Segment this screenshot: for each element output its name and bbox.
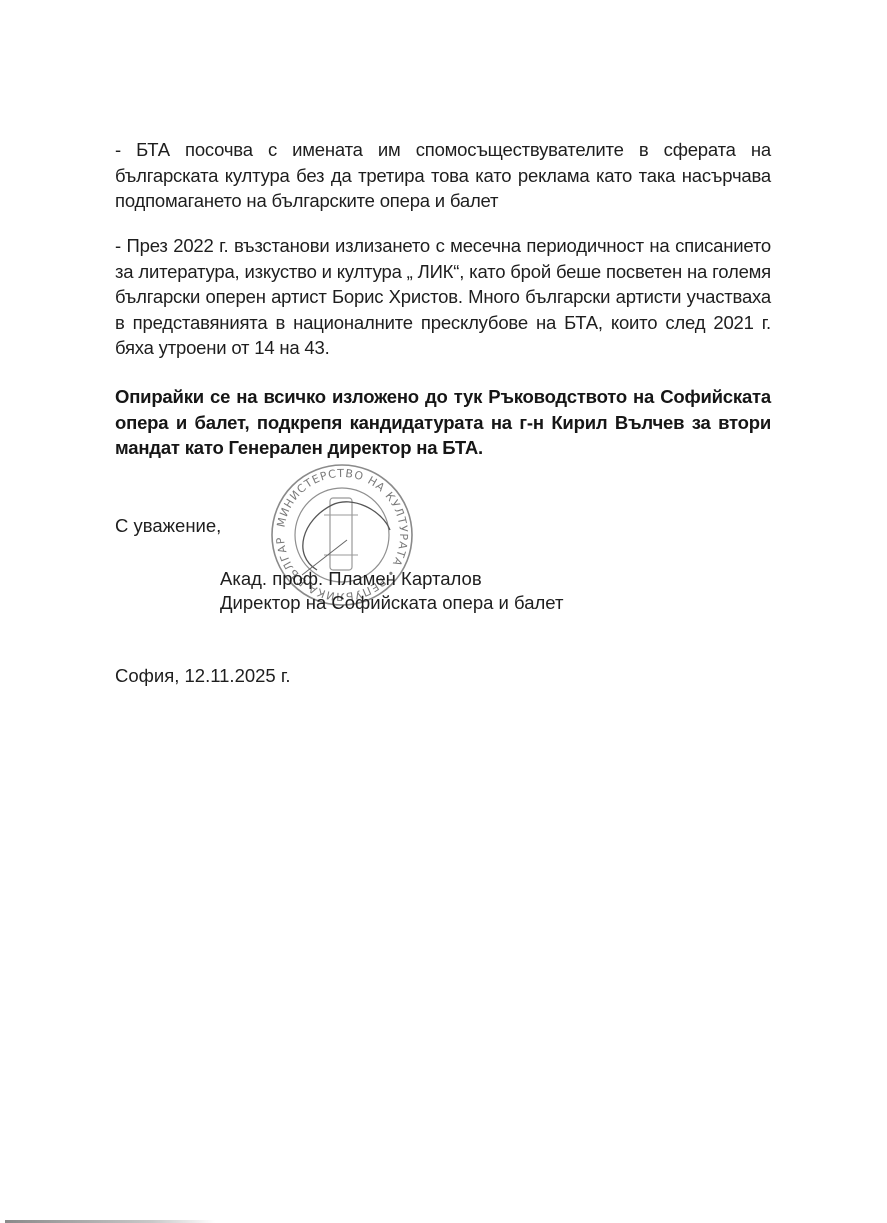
document-page: - БТА посочва с имената им спомосъществу… (0, 0, 887, 1223)
paragraph-bta-sponsors: - БТА посочва с имената им спомосъществу… (115, 137, 771, 214)
paragraph-lik-magazine: - През 2022 г. възстанови излизането с м… (115, 233, 771, 361)
paragraph-support-statement: Опирайки се на всичко изложено до тук Ръ… (115, 384, 771, 461)
date-line: София, 12.11.2025 г. (115, 663, 291, 688)
signer-name: Акад. проф. Пламен Карталов (220, 566, 482, 591)
signer-title: Директор на Софийската опера и балет (220, 590, 563, 615)
closing-salutation: С уважение, (115, 513, 221, 538)
